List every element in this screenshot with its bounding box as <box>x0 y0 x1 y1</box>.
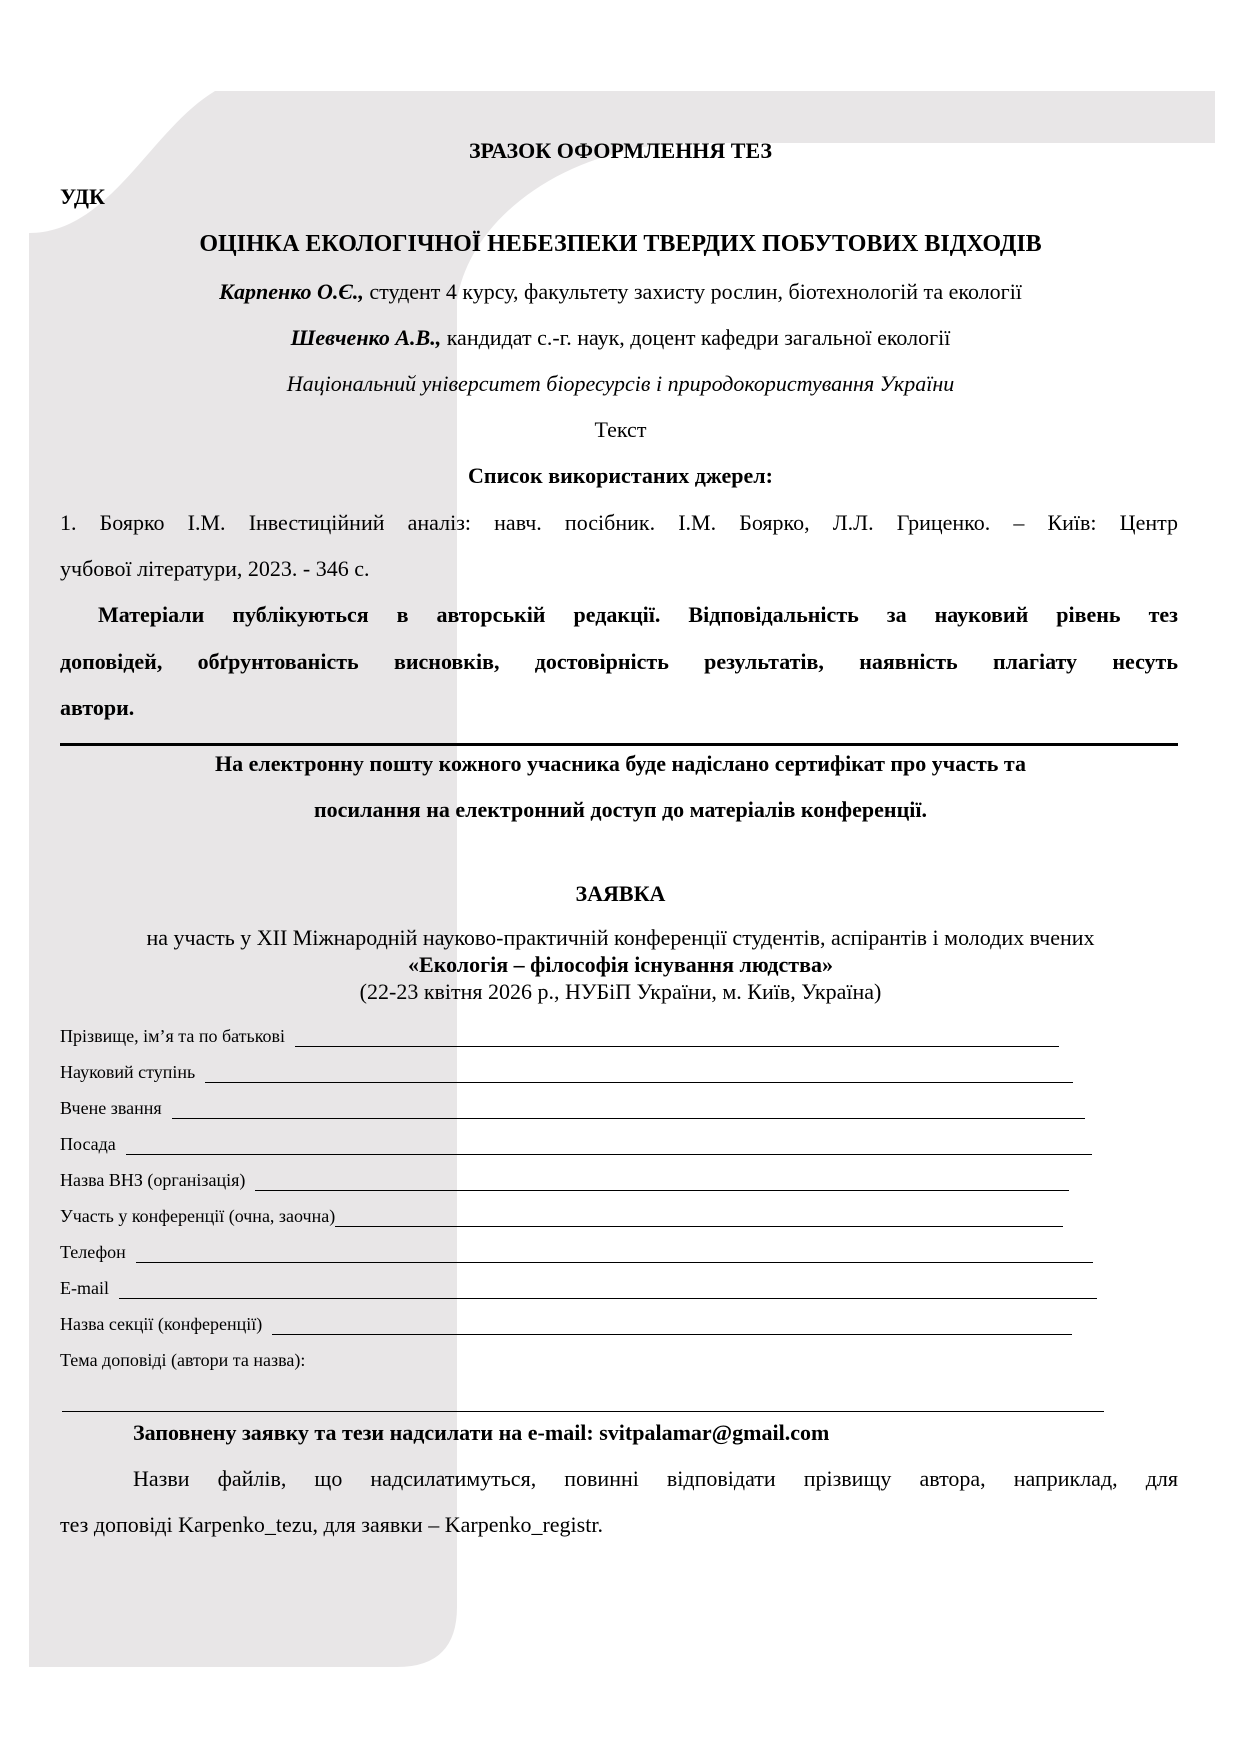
conference-date-place: (22-23 квітня 2026 р., НУБіП України, м.… <box>0 981 1241 1003</box>
field-degree: Науковий ступінь <box>60 1062 1073 1083</box>
author2-desc: кандидат с.-г. наук, доцент кафедри зага… <box>441 325 950 350</box>
field-organization: Назва ВНЗ (організація) <box>60 1170 1069 1191</box>
author1-desc: студент 4 курсу, факультету захисту росл… <box>364 279 1022 304</box>
application-subtitle: на участь у XII Міжнародній науково-прак… <box>0 927 1241 949</box>
author1-line: Карпенко О.Є., студент 4 курсу, факульте… <box>0 281 1241 303</box>
participation-input[interactable] <box>335 1208 1063 1227</box>
degree-input[interactable] <box>205 1064 1073 1083</box>
conference-name: «Екологія – філософія існування людства» <box>0 954 1241 976</box>
field-label: Участь у конференції (очна, заочна) <box>60 1206 335 1227</box>
udk-label: УДК <box>60 186 105 208</box>
field-label: Назва секції (конференції) <box>60 1314 262 1335</box>
full-name-input[interactable] <box>295 1028 1059 1047</box>
separator-line <box>60 743 1178 746</box>
sample-heading: ЗРАЗОК ОФОРМЛЕННЯ ТЕЗ <box>0 140 1241 162</box>
application-heading: ЗАЯВКА <box>0 883 1241 905</box>
field-label: Телефон <box>60 1242 126 1263</box>
references-heading: Список використаних джерел: <box>0 465 1241 487</box>
affiliation: Національний університет біоресурсів і п… <box>0 373 1241 395</box>
field-email: E-mail <box>60 1278 1097 1299</box>
field-label: Тема доповіді (автори та назва): <box>60 1350 305 1371</box>
field-label: Назва ВНЗ (організація) <box>60 1170 245 1191</box>
field-label: E-mail <box>60 1278 109 1299</box>
field-label: Посада <box>60 1134 116 1155</box>
reference-1-line2: учбової літератури, 2023. - 346 с. <box>60 558 369 580</box>
field-participation: Участь у конференції (очна, заочна) <box>60 1206 1063 1227</box>
field-label: Прізвище, ім’я та по батькові <box>60 1026 285 1047</box>
notice-line2: доповідей, обґрунтованість висновків, до… <box>60 651 1178 673</box>
position-input[interactable] <box>126 1136 1092 1155</box>
report-topic-input[interactable] <box>62 1411 1104 1412</box>
document-page: ЗРАЗОК ОФОРМЛЕННЯ ТЕЗ УДК ОЦІНКА ЕКОЛОГІ… <box>0 0 1241 1755</box>
field-report-topic: Тема доповіді (автори та назва): <box>60 1350 305 1371</box>
author2-line: Шевченко А.В., кандидат с.-г. наук, доце… <box>0 327 1241 349</box>
field-label: Вчене звання <box>60 1098 162 1119</box>
field-full-name: Прізвище, ім’я та по батькові <box>60 1026 1059 1047</box>
text-placeholder: Текст <box>0 419 1241 441</box>
academic-title-input[interactable] <box>172 1100 1085 1119</box>
email-input[interactable] <box>119 1280 1097 1299</box>
filenames-line1: Назви файлів, що надсилатимуться, повинн… <box>133 1468 1178 1490</box>
organization-input[interactable] <box>255 1172 1069 1191</box>
author1-name: Карпенко О.Є., <box>219 279 364 304</box>
section-input[interactable] <box>272 1316 1072 1335</box>
field-label: Науковий ступінь <box>60 1062 195 1083</box>
notice-line3: автори. <box>60 697 134 719</box>
field-section: Назва секції (конференції) <box>60 1314 1072 1335</box>
field-phone: Телефон <box>60 1242 1093 1263</box>
notice-line1: Матеріали публікуються в авторській реда… <box>98 604 1178 626</box>
certificate-line2: посилання на електронний доступ до матер… <box>0 799 1241 821</box>
field-position: Посада <box>60 1134 1092 1155</box>
paper-title: ОЦІНКА ЕКОЛОГІЧНОЇ НЕБЕЗПЕКИ ТВЕРДИХ ПОБ… <box>0 232 1241 256</box>
certificate-line1: На електронну пошту кожного учасника буд… <box>0 753 1241 775</box>
phone-input[interactable] <box>136 1244 1093 1263</box>
reference-1-line1: 1. Боярко І.М. Інвестиційний аналіз: нав… <box>60 512 1178 534</box>
field-academic-title: Вчене звання <box>60 1098 1085 1119</box>
filenames-line2: тез доповіді Karpenko_tezu, для заявки –… <box>60 1514 603 1536</box>
author2-name: Шевченко А.В., <box>291 325 442 350</box>
send-to-email: Заповнену заявку та тези надсилати на e-… <box>133 1422 829 1444</box>
